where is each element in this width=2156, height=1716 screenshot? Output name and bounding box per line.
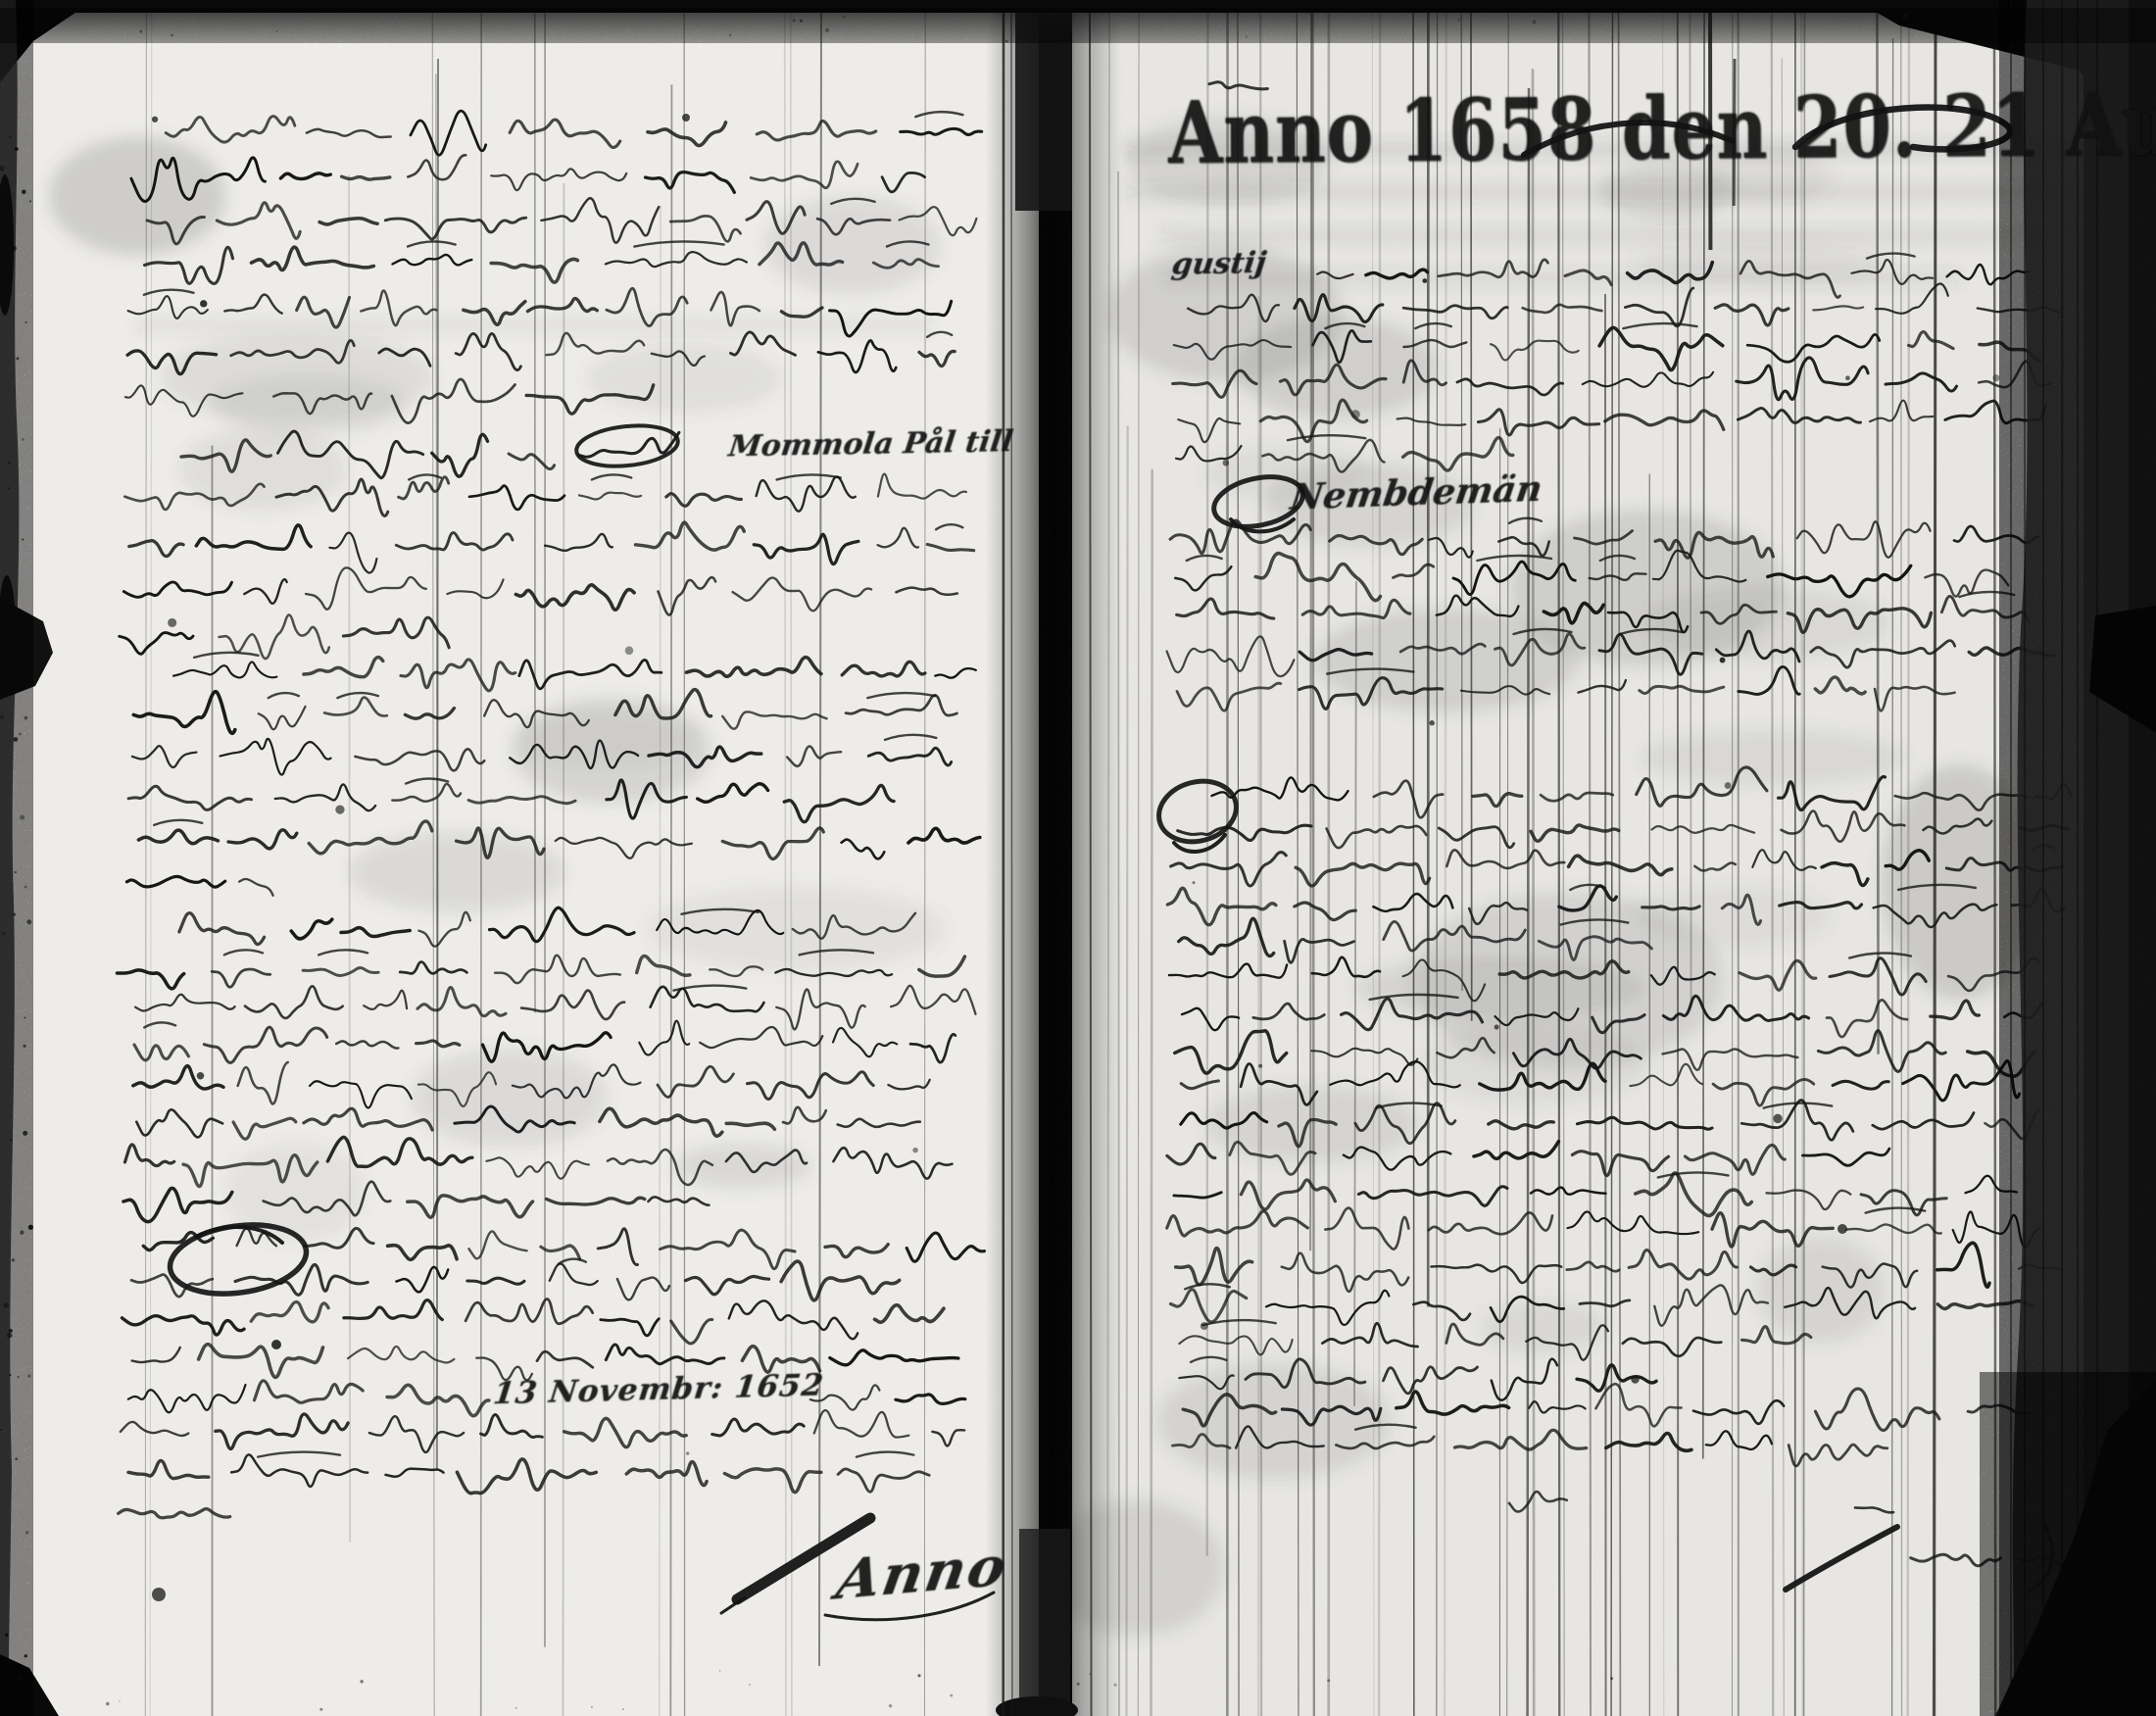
scan-artifacts-layer — [0, 0, 2156, 1716]
paper-grain — [0, 0, 2156, 1716]
page-heading: Anno 1658 den 20. 21 Au- — [1168, 75, 2156, 184]
place-name-fragment: Mommola Pål till — [727, 424, 1015, 464]
heading-continuation-word: gustij — [1170, 246, 1268, 282]
manuscript-scan-spread: Anno 1658 den 20. 21 Au- gustij Nembdemä… — [0, 0, 2156, 1716]
